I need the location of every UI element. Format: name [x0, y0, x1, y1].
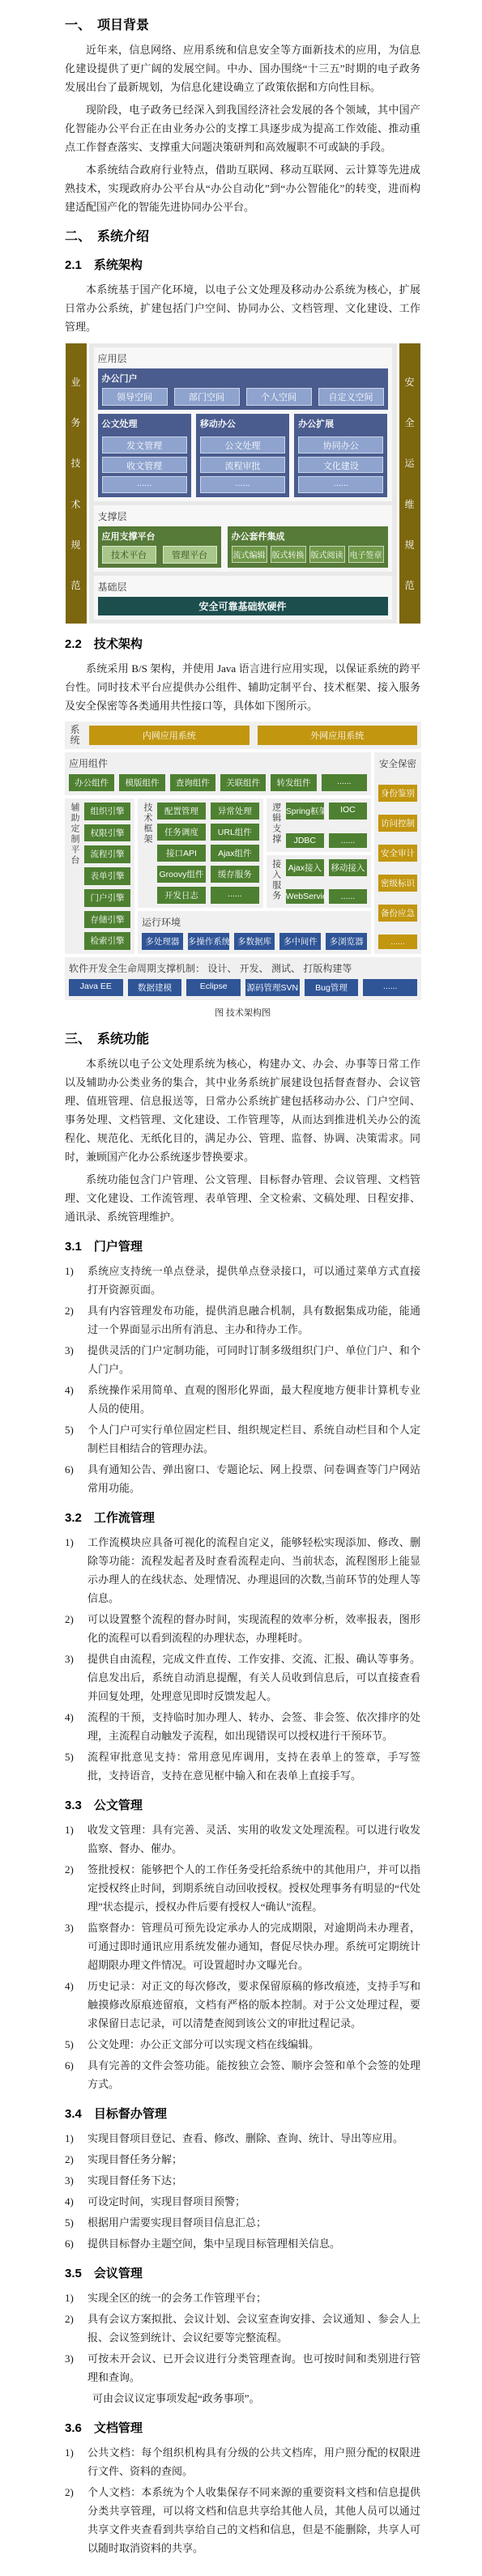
list-item-text: 具有完善的文件会签功能。能按独立会签、顺序会签和单个会签的处理方式。 — [87, 2056, 420, 2093]
logic-support-label: 逻辑支撑 — [271, 803, 282, 848]
logic-support-box: Spring框架 — [286, 803, 324, 820]
list-item-text: 提供灵活的门户定制功能，可同时订制多级组织门户、单位门户、和个人门户。 — [87, 1341, 420, 1378]
logic-access-column: 逻辑支撑Spring框架IOCJDBC......接入服务Ajax接入移动接入W… — [267, 798, 371, 908]
runtime-box: 多数据库 — [234, 933, 275, 950]
framework-box: 配置管理 — [157, 803, 206, 820]
side-bar-char: 范 — [70, 578, 80, 592]
tech-left-column: 应用组件办公组件模版组件查询组件关联组件转发组件......辅助定制平台组织引擎… — [65, 752, 371, 954]
tech-framework-items: 配置管理异常处理任务调度URL组件接口APIAjax组件Groovy组件缓存服务… — [157, 803, 259, 904]
support-layer: 支撑层应用支撑平台技术平台管理平台办公套件集成流式编辑版式转换版式阅读电子签章 — [94, 505, 392, 572]
framework-row: 技术框架配置管理异常处理任务调度URL组件接口APIAjax组件Groovy组件… — [138, 798, 371, 908]
list-item-text: 实现全区的统一的会务工作管理平台； — [87, 2289, 420, 2307]
list-item-number: 3) — [65, 1341, 87, 1378]
list-item-text: 工作流模块应具备可视化的流程自定义，能够轻松实现添加、修改、删除等功能：流程发起… — [87, 1533, 420, 1607]
portal-item-box: 自定义空间 — [318, 388, 384, 406]
tech-framework-panel: 技术框架配置管理异常处理任务调度URL组件接口APIAjax组件Groovy组件… — [138, 798, 263, 908]
list-item-number: 2) — [65, 2483, 87, 2557]
platform-item-box: 技术平台 — [102, 546, 156, 564]
list-item-text: 根据用户需要实现目督项目信息汇总； — [87, 2213, 420, 2232]
section-item-list: 1)工作流模块应具备可视化的流程自定义，能够轻松实现添加、修改、删除等功能：流程… — [65, 1533, 420, 1785]
system-diagram-body: 应用层办公门户领导空间部门空间个人空间自定义空间公文处理发文管理收文管理....… — [89, 343, 397, 624]
tech-system-row: 系统内网应用系统外网应用系统 — [65, 722, 421, 749]
framework-box: 任务调度 — [157, 824, 206, 841]
list-item: 2)可以设置整个流程的督办时间，实现流程的效率分析，效率报表，图形化的流程可以看… — [65, 1610, 420, 1647]
engine-box: 存储引擎 — [84, 911, 130, 929]
framework-box: 异常处理 — [211, 803, 259, 820]
app-components-items: 办公组件模版组件查询组件关联组件转发组件...... — [69, 774, 367, 791]
list-item-text: 个人门户可实行单位固定栏目、组织规定栏目、系统自动栏目和个人定制栏目相结合的管理… — [87, 1420, 420, 1458]
security-box: ...... — [378, 935, 417, 949]
list-item-number: 1) — [65, 1820, 87, 1858]
heading-function-section: 3.6 文档管理 — [65, 2419, 420, 2436]
framework-box: URL组件 — [211, 824, 259, 841]
office-portal-items: 领导空间部门空间个人空间自定义空间 — [102, 388, 384, 406]
project-background-paragraphs: 近年来，信息网络、应用系统和信息安全等方面新技术的应用，为信息化建设提供了更广阔… — [65, 40, 420, 216]
side-bar-char: 规 — [70, 538, 80, 551]
office-suite-items: 流式编辑版式转换版式阅读电子签章 — [232, 546, 384, 563]
sdlc-box: ...... — [363, 979, 417, 996]
list-item: 4)系统操作采用简单、直观的图形化界面，最大程度地方便非计算机专业人员的使用。 — [65, 1381, 420, 1418]
framework-box: Ajax组件 — [211, 845, 259, 862]
engine-box: 权限引擎 — [84, 824, 130, 842]
list-item-number: 4) — [65, 1381, 87, 1418]
list-item-number: 2) — [65, 2310, 87, 2347]
access-service-box: Ajax接入 — [286, 859, 324, 876]
section-item-list: 1)收发文管理：具有完善、灵活、实用的收发文处理流程。可以进行收发监察、督办、催… — [65, 1820, 420, 2093]
list-item: 1)实现全区的统一的会务工作管理平台； — [65, 2289, 420, 2307]
engine-box: 检索引擎 — [84, 932, 130, 950]
list-item-text: 可设定时间，实现目督项目预警； — [87, 2192, 420, 2211]
paragraph: 本系统以电子公文处理系统为核心，构建办文、办会、办事等日常工作以及辅助办公类业务… — [65, 1054, 420, 1166]
list-item-text: 实现目督任务下达； — [87, 2171, 420, 2190]
document-page: 一、 项目背景 近年来，信息网络、应用系统和信息安全等方面新技术的应用，为信息化… — [0, 0, 482, 2576]
security-box: 备份应急 — [378, 905, 417, 922]
secure-hardware-bar: 安全可靠基础软硬件 — [98, 597, 388, 615]
framework-box: 缓存服务 — [211, 866, 259, 883]
list-item-number: 1) — [65, 1262, 87, 1299]
list-item: 6)具有完善的文件会签功能。能按独立会签、顺序会签和单个会签的处理方式。 — [65, 2056, 420, 2093]
aux-platform-label: 辅助定制平台 — [69, 803, 80, 950]
application-group-item: 流程审批 — [200, 457, 285, 474]
list-item: 5)个人门户可实行单位固定栏目、组织规定栏目、系统自动栏目和个人定制栏目相结合的… — [65, 1420, 420, 1458]
side-bar-char: 全 — [404, 415, 414, 429]
list-item: 3)提供灵活的门户定制功能，可同时订制多级组织门户、单位门户、和个人门户。 — [65, 1341, 420, 1378]
side-bar-char: 业 — [70, 375, 80, 389]
application-group-item: 收文管理 — [102, 457, 187, 474]
security-panel: 安全保密身份鉴别访问控制安全审计密级标识备份应急...... — [374, 752, 421, 954]
application-group-item: ...... — [200, 476, 285, 493]
runtime-env-label: 运行环境 — [142, 915, 367, 929]
tech-system-label: 系统 — [69, 725, 81, 746]
tech-diagram-caption: 图 技术架构图 — [65, 1006, 420, 1019]
technical-architecture-diagram: 系统内网应用系统外网应用系统应用组件办公组件模版组件查询组件关联组件转发组件..… — [65, 722, 421, 1000]
portal-item-box: 领导空间 — [102, 388, 168, 406]
list-item-number: 1) — [65, 1533, 87, 1607]
list-item: 2)具有内容管理发布功能，提供消息融合机制，具有数据集成功能，能通过一个界面显示… — [65, 1301, 420, 1339]
application-group-item: ...... — [102, 476, 187, 493]
list-item-number: 2) — [65, 1860, 87, 1916]
platform-item-box: 管理平台 — [163, 546, 217, 564]
logic-support-box: JDBC — [286, 833, 324, 848]
paragraph: 系统功能包含门户管理、公文管理、目标督办管理、会议管理、文档管理、文化建设、工作… — [65, 1170, 420, 1226]
sdlc-label: 软件开发全生命周期支撑机制： 设计、 开发、 测试、 打版构建等 — [69, 961, 417, 975]
list-item-number: 1) — [65, 2129, 87, 2148]
base-layer-label: 基础层 — [98, 580, 388, 594]
heading-function-section: 3.2 工作流管理 — [65, 1509, 420, 1526]
access-service-box: ...... — [329, 889, 367, 904]
list-item-number: 2) — [65, 2150, 87, 2169]
list-item-number: 6) — [65, 2056, 87, 2093]
access-service-items: Ajax接入移动接入WebService...... — [286, 859, 367, 905]
app-components-label: 应用组件 — [69, 756, 367, 770]
tech-middle-right: 技术框架配置管理异常处理任务调度URL组件接口APIAjax组件Groovy组件… — [138, 798, 371, 954]
list-item-text: 流程审批意见支持：常用意见库调用，支持在表单上的签章，手写签批，支持语音，支持在… — [87, 1748, 420, 1785]
side-bar-char: 运 — [404, 456, 414, 470]
logic-support-box: IOC — [329, 803, 367, 820]
office-suite-title: 办公套件集成 — [232, 530, 384, 543]
logic-support-items: Spring框架IOCJDBC...... — [286, 803, 367, 848]
sdlc-panel: 软件开发全生命周期支撑机制： 设计、 开发、 测试、 打版构建等Java EE数… — [65, 957, 421, 1000]
list-item-number: 3) — [65, 2171, 87, 2190]
engine-box: 流程引擎 — [84, 845, 130, 863]
access-service-label: 接入服务 — [271, 859, 282, 905]
list-item-number: 3) — [65, 1650, 87, 1705]
list-item-number: 1) — [65, 2289, 87, 2307]
runtime-box: 多处理器 — [142, 933, 183, 950]
list-item-number: 4) — [65, 1708, 87, 1745]
list-item: 5)流程审批意见支持：常用意见库调用，支持在表单上的签章，手写签批，支持语音，支… — [65, 1748, 420, 1785]
app-support-platform-title: 应用支撑平台 — [102, 530, 217, 543]
runtime-env-items: 多处理器多操作系统多数据库多中间件多浏览器 — [142, 933, 367, 950]
component-box: 关联组件 — [220, 774, 266, 791]
engine-box: 组织引擎 — [84, 803, 130, 820]
sdlc-box: Java EE — [69, 979, 123, 996]
paragraph: 近年来，信息网络、应用系统和信息安全等方面新技术的应用，为信息化建设提供了更广阔… — [65, 40, 420, 96]
list-item: 3)提供自由流程，完成文件直传、工作安排、交流、汇报、确认等事务。信息发出后，系… — [65, 1650, 420, 1705]
side-bar-char: 技 — [70, 456, 80, 470]
component-box: 模版组件 — [119, 774, 164, 791]
office-suite-panel: 办公套件集成流式编辑版式转换版式阅读电子签章 — [228, 526, 388, 568]
business-tech-standard-bar: 业务技术规范 — [66, 343, 87, 624]
side-bar-char: 术 — [70, 497, 80, 511]
section-item-list: 1)实现全区的统一的会务工作管理平台；2)具有会议方案拟批、会议计划、会议室查询… — [65, 2289, 420, 2387]
list-item-text: 具有会议方案拟批、会议计划、会议室查询安排、会议通知 、参会人上报、会议签到统计… — [87, 2310, 420, 2347]
tech-framework-label: 技术框架 — [142, 803, 153, 904]
list-item-text: 监察督办：管理员可预先设定承办人的完成期限，对逾期尚未办理者，可通过即时通讯应用… — [87, 1918, 420, 1974]
framework-box: 开发日志 — [157, 887, 206, 904]
component-box: 查询组件 — [170, 774, 215, 791]
list-item: 3)实现目督任务下达； — [65, 2171, 420, 2190]
application-group-panel: 办公扩展协同办公文化建设...... — [294, 414, 387, 497]
heading-function-section: 3.5 会议管理 — [65, 2264, 420, 2281]
tech-architecture-paragraph: 系统采用 B/S 架构，并使用 Java 语言进行应用实现，以保证系统的跨平台性… — [65, 659, 420, 715]
list-item-number: 6) — [65, 2234, 87, 2253]
list-item-number: 4) — [65, 1977, 87, 2033]
application-group-title: 公文处理 — [102, 417, 187, 430]
section-item-list: 1)系统应支持统一单点登录，提供单点登录接口，可以通过菜单方式直接打开资源页面。… — [65, 1262, 420, 1497]
list-item-text: 可以设置整个流程的督办时间，实现流程的效率分析，效率报表，图形化的流程可以看到流… — [87, 1610, 420, 1647]
tech-middle-row: 辅助定制平台组织引擎权限引擎流程引擎表单引擎门户引擎存储引擎检索引擎技术框架配置… — [65, 798, 371, 954]
suite-item-box: 电子签章 — [348, 546, 384, 563]
framework-box: ...... — [211, 887, 259, 904]
list-item-text: 公文处理：办公正文部分可以实现文档在线编辑。 — [87, 2035, 420, 2054]
list-item: 1)工作流模块应具备可视化的流程自定义，能够轻松实现添加、修改、删除等功能：流程… — [65, 1533, 420, 1607]
security-box: 访问控制 — [378, 815, 417, 832]
function-sections: 3.1 门户管理1)系统应支持统一单点登录，提供单点登录接口，可以通过菜单方式直… — [65, 1237, 420, 2557]
aux-platform-panel: 辅助定制平台组织引擎权限引擎流程引擎表单引擎门户引擎存储引擎检索引擎 — [65, 798, 134, 954]
paragraph: 本系统结合政府行业特点，借助互联网、移动互联网、云计算等先进成熟技术，实现政府办… — [65, 160, 420, 216]
app-support-platform-panel: 应用支撑平台技术平台管理平台 — [98, 526, 221, 568]
list-item: 5)公文处理：办公正文部分可以实现文档在线编辑。 — [65, 2035, 420, 2054]
list-item-number: 6) — [65, 1460, 87, 1497]
list-item: 2)具有会议方案拟批、会议计划、会议室查询安排、会议通知 、参会人上报、会议签到… — [65, 2310, 420, 2347]
sdlc-box: 源码管理SVN — [245, 979, 300, 996]
list-item-number: 5) — [65, 2213, 87, 2232]
security-box: 安全审计 — [378, 845, 417, 862]
runtime-box: 多中间件 — [279, 933, 321, 950]
app-components-panel: 应用组件办公组件模版组件查询组件关联组件转发组件...... — [65, 752, 371, 795]
system-bar: 外网应用系统 — [258, 726, 418, 745]
access-service-box: WebService — [286, 889, 324, 904]
framework-box: Groovy组件 — [157, 866, 206, 883]
sdlc-box: 数据建模 — [128, 979, 182, 996]
logic-support-panel: 逻辑支撑Spring框架IOCJDBC...... — [267, 798, 371, 852]
suite-item-box: 流式编辑 — [232, 546, 267, 563]
application-group-item: 文化建设 — [298, 457, 383, 474]
heading-system-functions: 三、 系统功能 — [65, 1028, 420, 1047]
portal-item-box: 个人空间 — [246, 388, 312, 406]
heading-system-intro: 二、 系统介绍 — [65, 226, 420, 245]
list-item-text: 公共文档：每个组织机构具有分级的公共文档库，用户照分配的权限进行文件、资料的查阅… — [87, 2443, 420, 2480]
list-item-text: 具有通知公告、弹出窗口、专题论坛、网上投票、问卷调查等门户网站常用功能。 — [87, 1460, 420, 1497]
application-group-title: 办公扩展 — [298, 417, 383, 430]
aux-platform-items: 组织引擎权限引擎流程引擎表单引擎门户引擎存储引擎检索引擎 — [84, 803, 130, 950]
list-item: 1)收发文管理：具有完善、灵活、实用的收发文处理流程。可以进行收发监察、督办、催… — [65, 1820, 420, 1858]
list-item: 2)签批授权：能够把个人的工作任务受托给系统中的其他用户，并可以指定授权终止时间… — [65, 1860, 420, 1916]
engine-box: 门户引擎 — [84, 889, 130, 907]
tech-main-row: 应用组件办公组件模版组件查询组件关联组件转发组件......辅助定制平台组织引擎… — [65, 752, 421, 954]
application-group-item: 协同办公 — [298, 436, 383, 453]
list-item: 1)系统应支持统一单点登录，提供单点登录接口，可以通过菜单方式直接打开资源页面。 — [65, 1262, 420, 1299]
access-service-panel: 接入服务Ajax接入移动接入WebService...... — [267, 855, 371, 909]
support-layer-label: 支撑层 — [98, 509, 388, 523]
application-layer: 应用层办公门户领导空间部门空间个人空间自定义空间公文处理发文管理收文管理....… — [94, 347, 392, 501]
list-item: 6)具有通知公告、弹出窗口、专题论坛、网上投票、问卷调查等门户网站常用功能。 — [65, 1460, 420, 1497]
suite-item-box: 版式转换 — [271, 546, 306, 563]
application-group-item: 发文管理 — [102, 436, 187, 453]
list-item: 4)历史记录：对正文的每次修改，要求保留原稿的修改痕迹，支持手写和触摸修改原痕迹… — [65, 1977, 420, 2033]
runtime-box: 多操作系统 — [188, 933, 229, 950]
list-item-text: 收发文管理：具有完善、灵活、实用的收发文处理流程。可以进行收发监察、督办、催办。 — [87, 1820, 420, 1858]
list-item-number: 3) — [65, 2349, 87, 2387]
side-bar-char: 维 — [404, 497, 414, 511]
app-support-platform-items: 技术平台管理平台 — [102, 546, 217, 564]
list-item: 3)可按未开会议、已开会议进行分类管理查询。也可按时间和类别进行管理和查询。 — [65, 2349, 420, 2387]
security-label: 安全保密 — [378, 757, 417, 770]
base-layer: 基础层安全可靠基础软硬件 — [94, 576, 392, 620]
list-item: 4)流程的干预，支持临时加办理人、转办、会签、非会签、依次排序的处理，主流程自动… — [65, 1708, 420, 1745]
system-architecture-paragraph: 本系统基于国产化环境，以电子公文处理及移动办公系统为核心，扩展日常办公系统，扩建… — [65, 280, 420, 336]
side-bar-char: 安 — [404, 375, 414, 389]
list-item: 6)提供目标督办主题空间，集中呈现目标管理相关信息。 — [65, 2234, 420, 2253]
list-item-text: 可按未开会议、已开会议进行分类管理查询。也可按时间和类别进行管理和查询。 — [87, 2349, 420, 2387]
list-item: 2)实现目督任务分解； — [65, 2150, 420, 2169]
system-functions-paragraphs: 本系统以电子公文处理系统为核心，构建办文、办会、办事等日常工作以及辅助办公类业务… — [65, 1054, 420, 1226]
office-portal-title: 办公门户 — [102, 372, 384, 385]
heading-function-section: 3.4 目标督办管理 — [65, 2105, 420, 2122]
application-layer-label: 应用层 — [98, 351, 388, 365]
list-item-number: 5) — [65, 1748, 87, 1785]
application-groups: 公文处理发文管理收文管理......移动办公公文处理流程审批......办公扩展… — [98, 414, 388, 497]
list-item-text: 历史记录：对正文的每次修改，要求保留原稿的修改痕迹，支持手写和触摸修改原痕迹留痕… — [87, 1977, 420, 2033]
portal-item-box: 部门空间 — [174, 388, 240, 406]
runtime-box: 多浏览器 — [326, 933, 367, 950]
list-item: 5)根据用户需要实现目督项目信息汇总； — [65, 2213, 420, 2232]
side-bar-char: 务 — [70, 415, 80, 429]
access-service-box: 移动接入 — [329, 859, 367, 876]
list-item-number: 2) — [65, 1301, 87, 1339]
application-group-title: 移动办公 — [200, 417, 285, 430]
side-bar-char: 规 — [404, 538, 414, 551]
list-item-text: 个人文档：本系统为个人收集保存不同来源的重要资料文档和信息提供分类共享管理，可以… — [87, 2483, 420, 2557]
application-group-panel: 公文处理发文管理收文管理...... — [98, 414, 191, 497]
sdlc-box: Bug管理 — [305, 979, 359, 996]
heading-function-section: 3.1 门户管理 — [65, 1237, 420, 1254]
heading-project-background: 一、 项目背景 — [65, 15, 420, 33]
paragraph: 现阶段，电子政务已经深入到我国经济社会发展的各个领域，其中国产化智能办公平台正在… — [65, 100, 420, 156]
system-bar: 内网应用系统 — [89, 726, 250, 745]
list-item: 3)监察督办：管理员可预先设定承办人的完成期限，对逾期尚未办理者，可通过即时通讯… — [65, 1918, 420, 1974]
sdlc-items: Java EE数据建模Eclipse源码管理SVNBug管理...... — [69, 979, 417, 996]
list-item-text: 提供目标督办主题空间，集中呈现目标管理相关信息。 — [87, 2234, 420, 2253]
component-box: ...... — [322, 774, 367, 791]
framework-box: 接口API — [157, 845, 206, 862]
section-item-list: 1)实现目督项目登记、查看、修改、删除、查询、统计、导出等应用。2)实现目督任务… — [65, 2129, 420, 2253]
list-item-text: 提供自由流程，完成文件直传、工作安排、交流、汇报、确认等事务。信息发出后，系统自… — [87, 1650, 420, 1705]
heading-function-section: 3.3 公文管理 — [65, 1796, 420, 1813]
section-extra-note: 可由会议议定事项发起“政务事项”。 — [92, 2389, 420, 2408]
list-item-number: 4) — [65, 2192, 87, 2211]
list-item-text: 系统操作采用简单、直观的图形化界面，最大程度地方便非计算机专业人员的使用。 — [87, 1381, 420, 1418]
list-item-number: 2) — [65, 1610, 87, 1647]
security-ops-standard-bar: 安全运维规范 — [399, 343, 420, 624]
runtime-env-panel: 运行环境多处理器多操作系统多数据库多中间件多浏览器 — [138, 911, 371, 954]
security-box: 密级标识 — [378, 875, 417, 892]
heading-system-architecture: 2.1 系统架构 — [65, 256, 420, 273]
application-group-item: 公文处理 — [200, 436, 285, 453]
list-item-number: 1) — [65, 2443, 87, 2480]
list-item-number: 5) — [65, 2035, 87, 2054]
heading-tech-architecture: 2.2 技术架构 — [65, 635, 420, 652]
system-architecture-diagram: 业务技术规范应用层办公门户领导空间部门空间个人空间自定义空间公文处理发文管理收文… — [66, 343, 420, 624]
side-bar-char: 范 — [404, 578, 414, 592]
application-group-panel: 移动办公公文处理流程审批...... — [196, 414, 289, 497]
list-item-number: 3) — [65, 1918, 87, 1974]
application-group-item: ...... — [298, 476, 383, 493]
list-item: 2)个人文档：本系统为个人收集保存不同来源的重要资料文档和信息提供分类共享管理，… — [65, 2483, 420, 2557]
logic-support-box: ...... — [329, 833, 367, 848]
list-item-number: 5) — [65, 1420, 87, 1458]
security-box: 身份鉴别 — [378, 785, 417, 802]
component-box: 办公组件 — [69, 774, 114, 791]
list-item: 1)实现目督项目登记、查看、修改、删除、查询、统计、导出等应用。 — [65, 2129, 420, 2148]
engine-box: 表单引擎 — [84, 867, 130, 885]
suite-item-box: 版式阅读 — [309, 546, 345, 563]
support-layer-row: 应用支撑平台技术平台管理平台办公套件集成流式编辑版式转换版式阅读电子签章 — [98, 526, 388, 568]
list-item: 1)公共文档：每个组织机构具有分级的公共文档库，用户照分配的权限进行文件、资料的… — [65, 2443, 420, 2480]
list-item-text: 签批授权：能够把个人的工作任务受托给系统中的其他用户，并可以指定授权终止时间，到… — [87, 1860, 420, 1916]
office-portal-panel: 办公门户领导空间部门空间个人空间自定义空间 — [98, 368, 388, 410]
section-item-list: 1)公共文档：每个组织机构具有分级的公共文档库，用户照分配的权限进行文件、资料的… — [65, 2443, 420, 2557]
list-item-text: 实现目督任务分解； — [87, 2150, 420, 2169]
list-item-text: 系统应支持统一单点登录，提供单点登录接口，可以通过菜单方式直接打开资源页面。 — [87, 1262, 420, 1299]
list-item-text: 流程的干预，支持临时加办理人、转办、会签、非会签、依次排序的处理，主流程自动触发… — [87, 1708, 420, 1745]
list-item-text: 具有内容管理发布功能，提供消息融合机制，具有数据集成功能，能通过一个界面显示出所… — [87, 1301, 420, 1339]
list-item: 4)可设定时间，实现目督项目预警； — [65, 2192, 420, 2211]
list-item-text: 实现目督项目登记、查看、修改、删除、查询、统计、导出等应用。 — [87, 2129, 420, 2148]
sdlc-box: Eclipse — [186, 979, 241, 996]
component-box: 转发组件 — [271, 774, 316, 791]
